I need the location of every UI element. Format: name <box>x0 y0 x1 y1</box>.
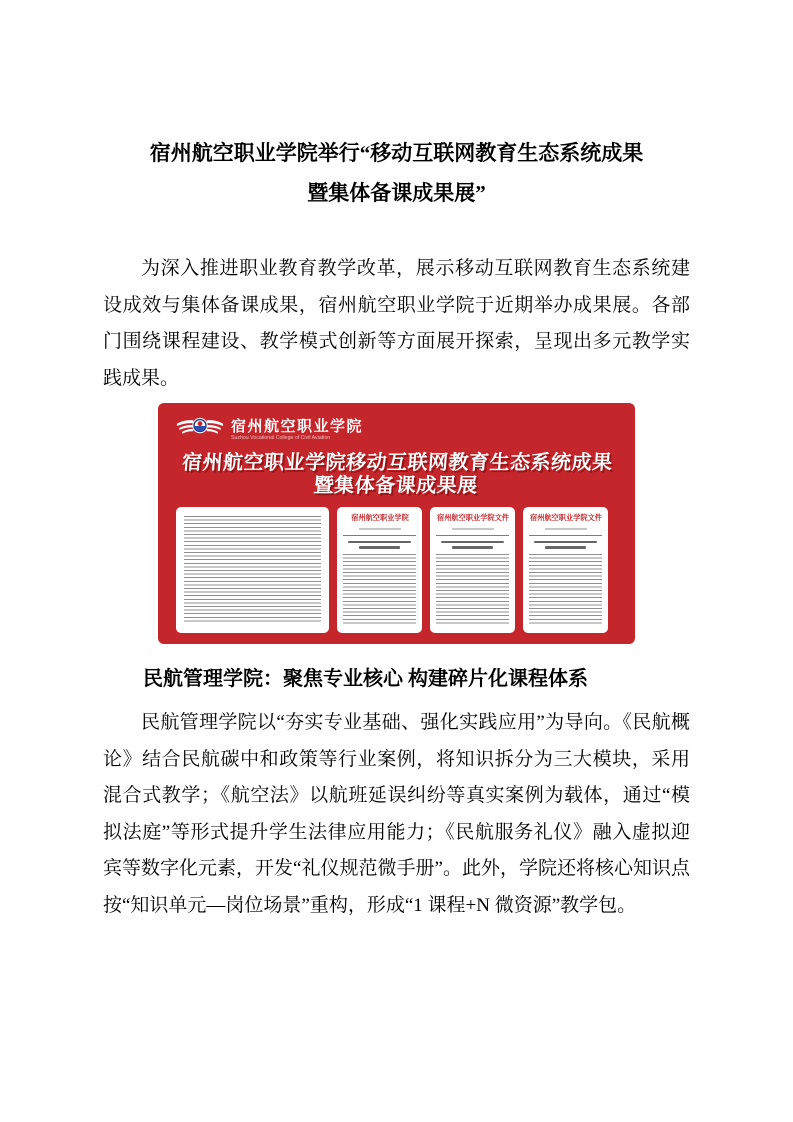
page-title-line1: 宿州航空职业学院举行“移动互联网教育生态系统成果 <box>103 133 690 173</box>
banner-title-line2: 暨集体备课成果展 <box>158 475 635 498</box>
poster-document-panel-2: 宿州航空职业学院 <box>337 507 422 633</box>
document-mini-title <box>441 541 504 544</box>
poster-document-panel-3: 宿州航空职业学院文件 <box>430 507 515 633</box>
page-title: 宿州航空职业学院举行“移动互联网教育生态系统成果 暨集体备课成果展” <box>103 133 690 213</box>
document-mini-title <box>359 546 399 549</box>
banner-title: 宿州航空职业学院移动互联网教育生态系统成果 暨集体备课成果展 <box>158 452 635 498</box>
event-banner-image: 宿州航空职业学院 Suzhou Vocational College of Ci… <box>158 403 635 644</box>
page-title-line2: 暨集体备课成果展” <box>103 173 690 213</box>
banner-title-line1: 宿州航空职业学院移动互联网教育生态系统成果 <box>158 452 635 475</box>
red-divider <box>343 535 416 536</box>
panel-red-heading: 宿州航空职业学院 <box>351 514 409 522</box>
document-number-line <box>452 528 494 530</box>
panel-red-heading: 宿州航空职业学院文件 <box>530 514 602 522</box>
document-number-line <box>545 528 587 530</box>
document-text-lines <box>436 554 509 625</box>
red-divider <box>529 535 602 536</box>
red-divider <box>436 535 509 536</box>
document-text-lines <box>529 554 602 625</box>
document-mini-title <box>452 546 492 549</box>
document-mini-title <box>534 541 597 544</box>
intro-paragraph: 为深入推进职业教育教学改革，展示移动互联网教育生态系统建设成效与集体备课成果，宿… <box>103 251 690 397</box>
banner-document-panels: 宿州航空职业学院 宿州航空职业学院文件 宿州航空职业学院文件 <box>176 507 608 633</box>
banner-logo-row: 宿州航空职业学院 Suzhou Vocational College of Ci… <box>176 413 635 445</box>
college-name-english: Suzhou Vocational College of Civil Aviat… <box>231 435 330 438</box>
document-page: 宿州航空职业学院举行“移动互联网教育生态系统成果 暨集体备课成果展” 为深入推进… <box>0 0 793 1122</box>
document-mini-title <box>545 546 585 549</box>
document-text-lines <box>184 516 321 624</box>
banner-logo-texts: 宿州航空职业学院 Suzhou Vocational College of Ci… <box>231 418 402 441</box>
panel-red-heading: 宿州航空职业学院文件 <box>437 514 509 522</box>
college-wings-logo-icon <box>176 413 224 445</box>
document-number-line <box>359 528 401 530</box>
poster-document-panel-4: 宿州航空职业学院文件 <box>523 507 608 633</box>
section-paragraph: 民航管理学院以“夯实专业基础、强化实践应用”为导向。《民航概论》结合民航碳中和政… <box>103 705 690 924</box>
section-heading: 民航管理学院：聚焦专业核心 构建碎片化课程体系 <box>103 661 690 697</box>
college-name-text: 宿州航空职业学院 <box>231 418 402 435</box>
poster-document-panel-1 <box>176 507 329 633</box>
document-mini-title <box>348 541 411 544</box>
document-text-lines <box>343 554 416 625</box>
